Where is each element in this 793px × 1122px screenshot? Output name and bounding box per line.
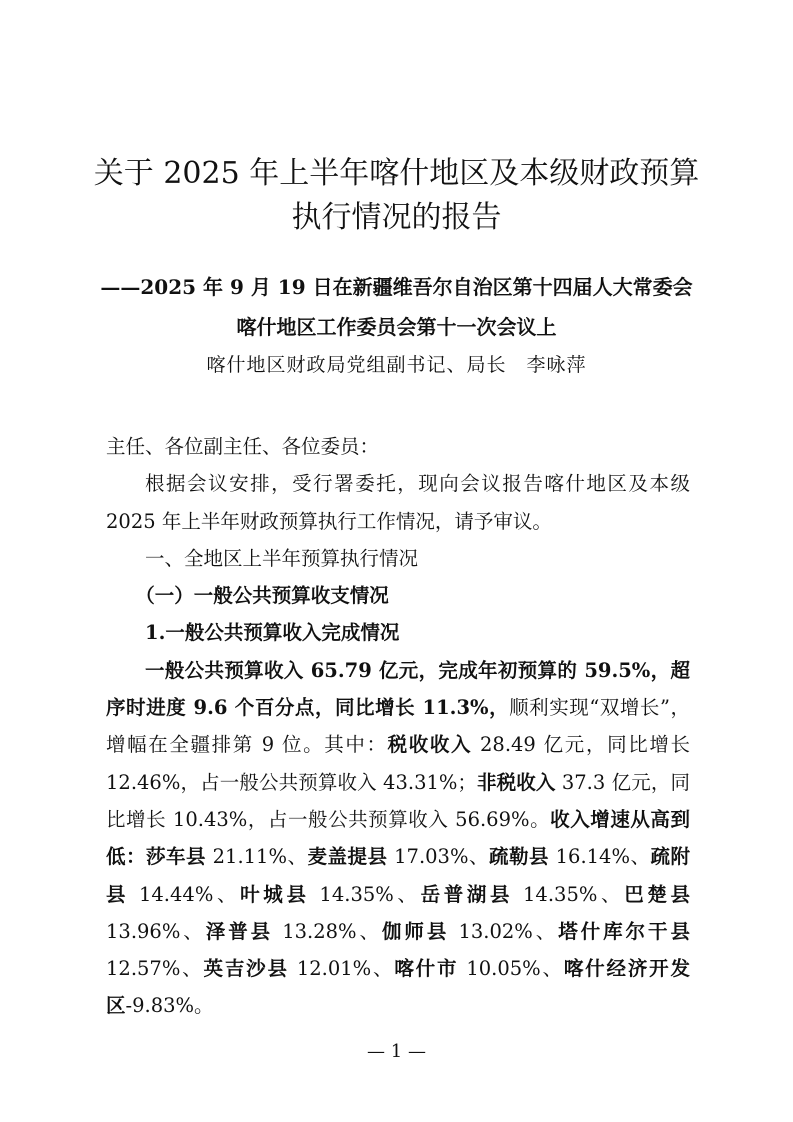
emphasis-text: 非税收入 — [477, 771, 556, 794]
body-text: 12.01%、 — [289, 957, 395, 980]
document-page: 关于 2025 年上半年喀什地区及本级财政预算 执行情况的报告 ——2025 年… — [0, 0, 793, 1122]
emphasis-text: 岳普湖县 — [421, 883, 514, 906]
body-text: 17.03%、 — [387, 845, 489, 868]
subtitle-line-2: 喀什地区工作委员会第十一次会议上 — [0, 312, 793, 342]
body-text: -9.83%。 — [126, 994, 214, 1017]
body-text: 13.28%、 — [273, 920, 382, 943]
section-heading-1-1-1: 1.一般公共预算收入完成情况 — [106, 614, 690, 651]
emphasis-text: 泽普县 — [206, 920, 273, 943]
report-body: 主任、各位副主任、各位委员： 根据会议安排，受行署委托，现向会议报告喀什地区及本… — [106, 428, 690, 1025]
subtitle-line-1: ——2025 年 9 月 19 日在新疆维吾尔自治区第十四届人大常委会 — [0, 272, 793, 302]
emphasis-text: 伽师县 — [382, 920, 449, 943]
body-text: 14.35%、 — [513, 883, 624, 906]
page-number: — 1 — — [0, 1040, 793, 1064]
report-title-line-1: 关于 2025 年上半年喀什地区及本级财政预算 — [0, 152, 793, 196]
intro-paragraph: 根据会议安排，受行署委托，现向会议报告喀什地区及本级 2025 年上半年财政预算… — [106, 465, 690, 540]
body-text: 13.96%、 — [106, 920, 206, 943]
emphasis-text: 塔什库尔干县 — [558, 920, 690, 943]
emphasis-text: 税收收入 — [388, 733, 473, 756]
body-text: 13.02%、 — [449, 920, 558, 943]
emphasis-text: 喀什市 — [394, 957, 458, 980]
body-text: 21.11%、 — [206, 845, 308, 868]
body-text: 16.14%、 — [549, 845, 651, 868]
emphasis-text: 巴楚县 — [624, 883, 690, 906]
body-text: 14.44%、 — [129, 883, 240, 906]
body-text: 10.05%、 — [458, 957, 564, 980]
body-text: 14.35%、 — [310, 883, 421, 906]
section-heading-1: 一、全地区上半年预算执行情况 — [106, 540, 690, 577]
report-title-line-2: 执行情况的报告 — [0, 196, 793, 240]
salutation: 主任、各位副主任、各位委员： — [106, 428, 690, 465]
emphasis-text: 叶城县 — [240, 883, 309, 906]
emphasis-text: 英吉沙县 — [204, 957, 289, 980]
body-text: 12.57%、 — [106, 957, 204, 980]
section-heading-1-1: （一）一般公共预算收支情况 — [106, 577, 690, 614]
author-line: 喀什地区财政局党组副书记、局长 李咏萍 — [0, 350, 793, 380]
emphasis-text: 麦盖提县 — [307, 845, 387, 868]
revenue-paragraph: 一般公共预算收入 65.79 亿元，完成年初预算的 59.5%，超序时进度 9.… — [106, 652, 690, 1025]
emphasis-text: 疏勒县 — [489, 845, 549, 868]
